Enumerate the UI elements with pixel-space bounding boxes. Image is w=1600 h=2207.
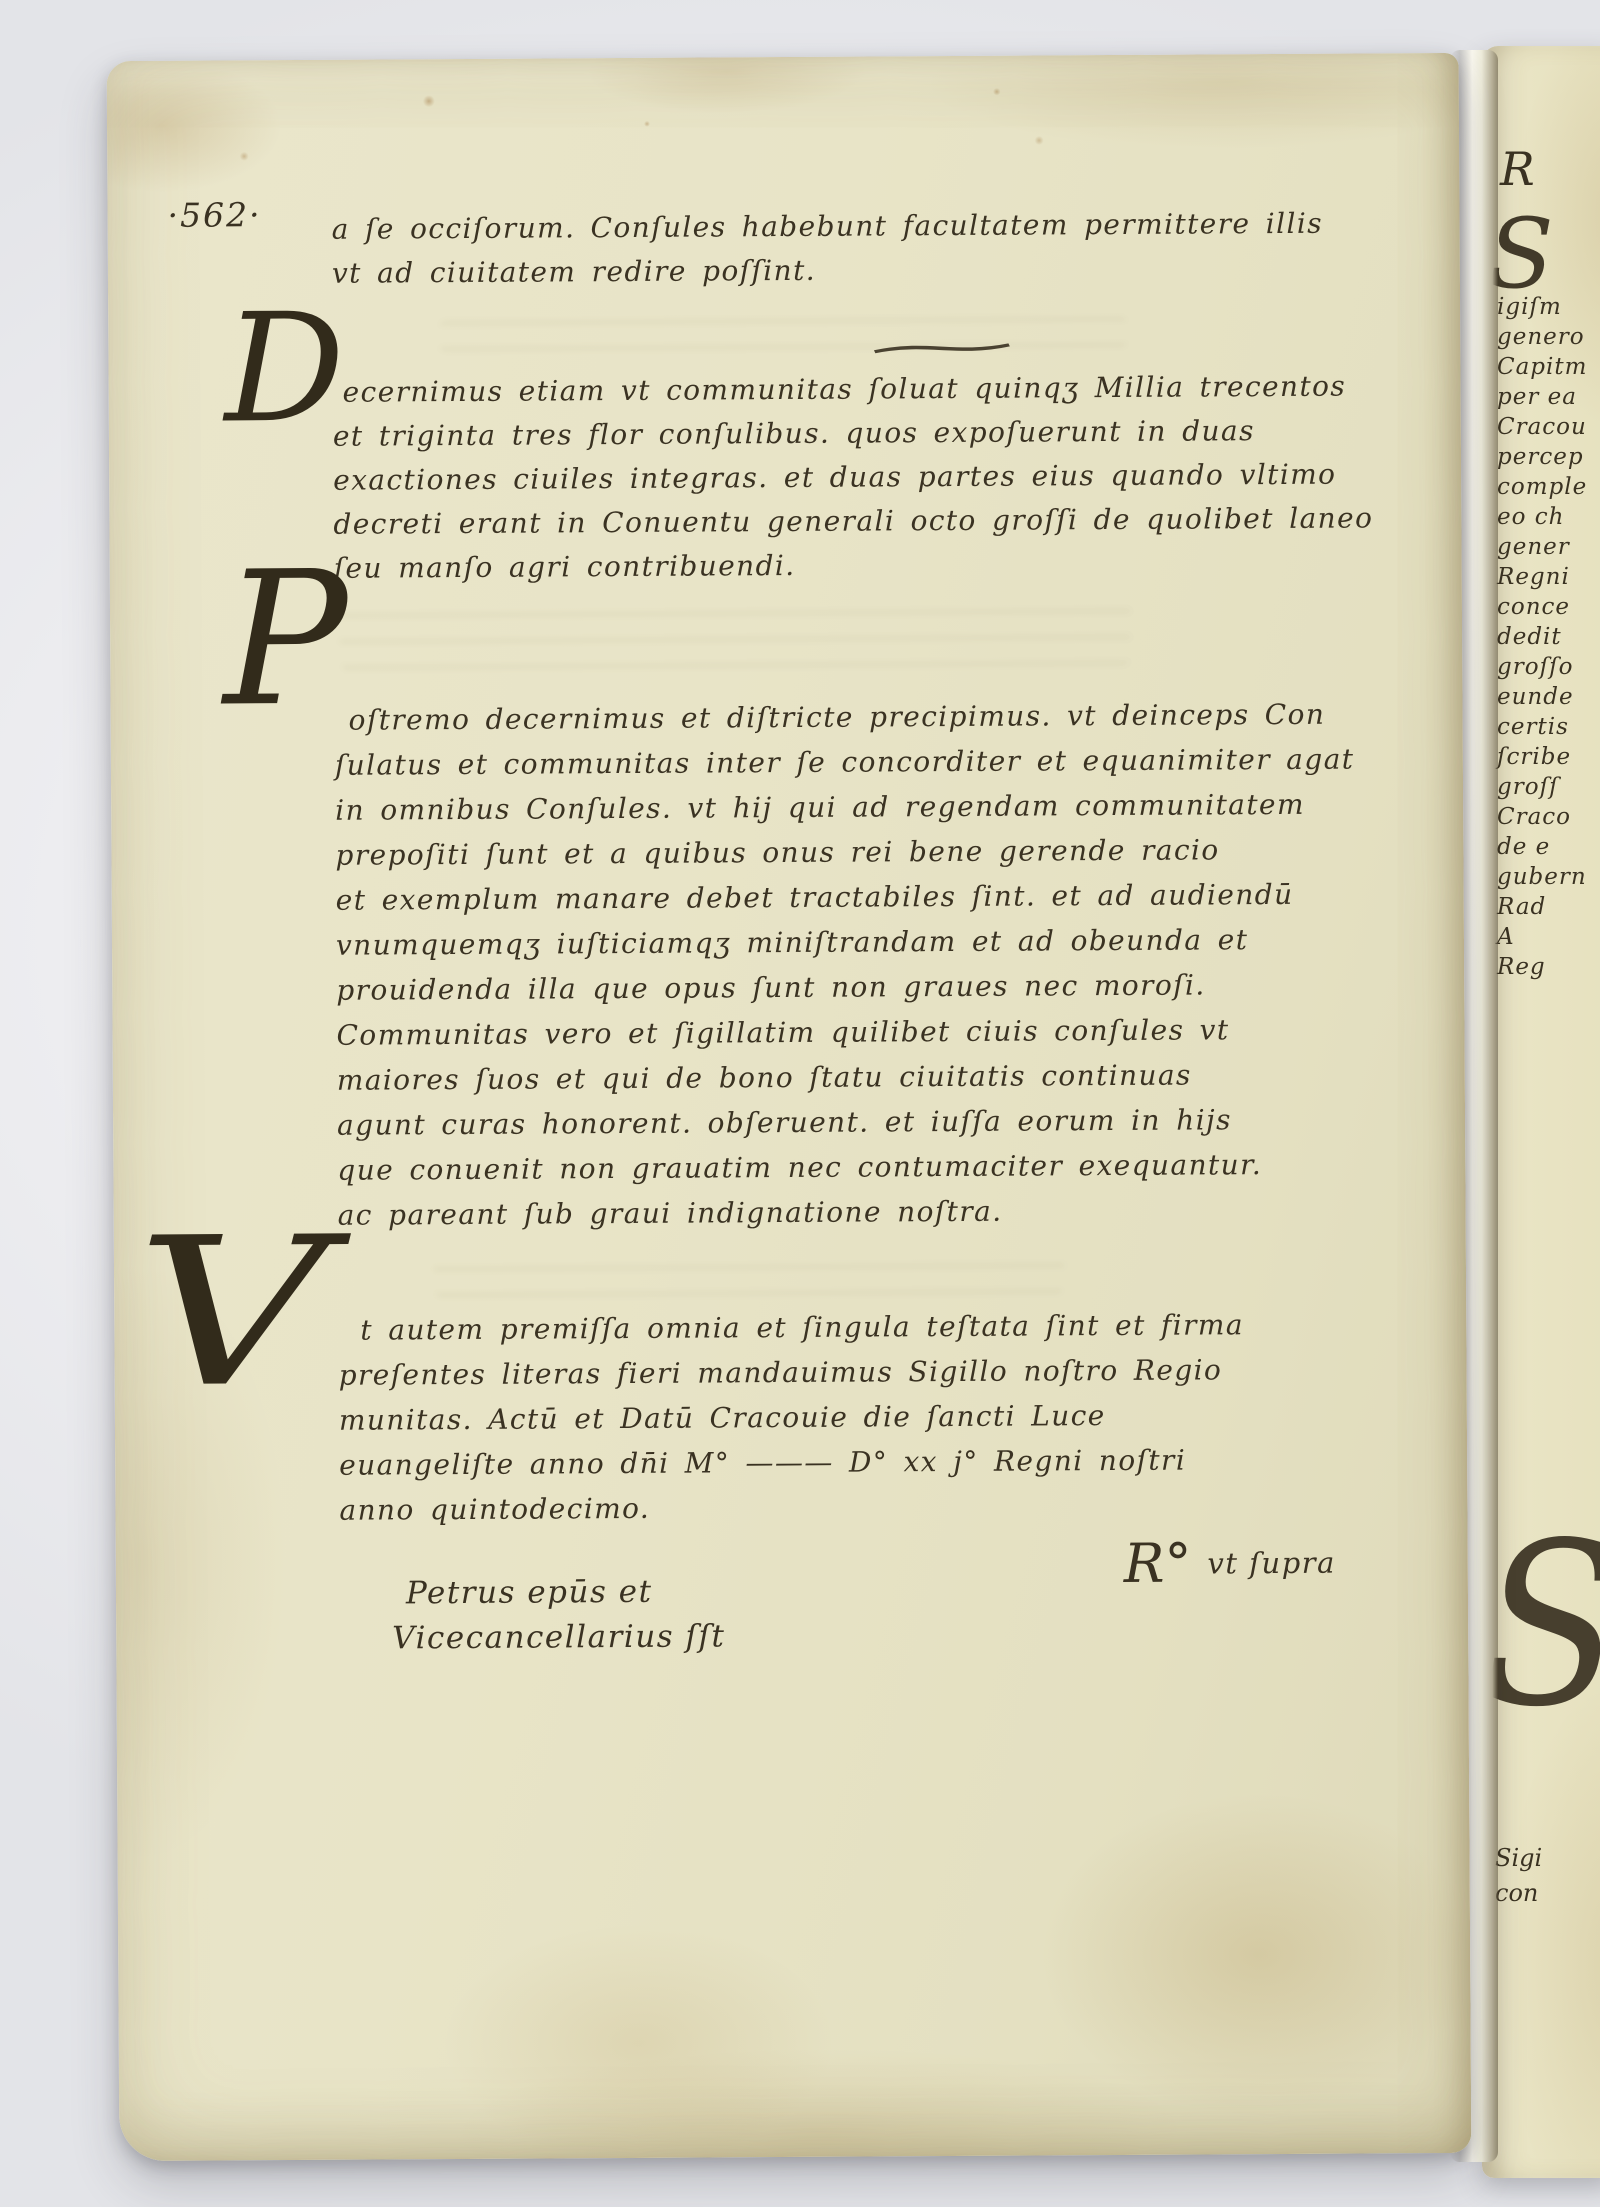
text-line: Reg <box>1497 952 1587 982</box>
text-line: maiores ſuos et qui de bono ſtatu ciuita… <box>337 1052 1357 1103</box>
text-line: et triginta tres flor conſulibus. quos e… <box>333 408 1373 458</box>
text-line: que conuenit non grauatim nec contumacit… <box>337 1142 1357 1193</box>
text-line: eo ch <box>1497 502 1587 532</box>
text-line: Rad <box>1497 892 1587 922</box>
text-line: percep <box>1497 442 1587 472</box>
text-line: exactiones ciuiles integras. et duas par… <box>333 452 1373 502</box>
next-page-edge: R S igiſmgeneroCapitmper eaCracoupercepc… <box>1482 46 1600 2178</box>
text-line: Communitas vero et ſigillatim quilibet c… <box>336 1007 1356 1058</box>
initial-letter-V: V <box>136 1211 330 1417</box>
text-line: Regni <box>1497 562 1587 592</box>
text-line: ſeu manſo agri contribuendi. <box>334 540 1374 590</box>
text-line: in omnibus Conſules. vt hij qui ad regen… <box>335 782 1355 833</box>
text-line: vt ad ciuitatem redire poſſint. <box>332 246 1324 296</box>
initial-letter-D: D <box>224 294 345 445</box>
text-line: Craco <box>1497 802 1587 832</box>
text-line: ac pareant ſub graui indignatione noſtra… <box>338 1187 1358 1238</box>
text-line: preſentes literas fieri mandauimus Sigil… <box>338 1347 1244 1398</box>
next-page-top-mark: R <box>1500 146 1535 192</box>
text-line: con <box>1495 1876 1542 1911</box>
initial-letter-P: P <box>223 547 349 733</box>
text-line: Capitm <box>1497 352 1587 382</box>
manuscript-page: ·562· a ſe occiſorum. Conſules habebunt … <box>107 53 1472 2161</box>
text-line: Cracou <box>1497 412 1587 442</box>
text-line: ſcribe <box>1497 742 1587 772</box>
paragraph-postremo: oſtremo decernimus et diſtricte precipim… <box>334 692 1357 1238</box>
text-line: Sigi <box>1495 1841 1542 1876</box>
text-line: prepoſiti ſunt et a quibus onus rei bene… <box>335 827 1355 878</box>
text-line: groſſ <box>1497 772 1587 802</box>
text-line: et exemplum manare debet tractabiles ſin… <box>336 872 1356 923</box>
text-line: decreti erant in Conuentu generali octo … <box>333 496 1373 546</box>
paragraph-ut-autem: t autem premiſſa omnia et ſingula teſtat… <box>338 1302 1245 1533</box>
manuscript-photo: R S igiſmgeneroCapitmper eaCracoupercepc… <box>0 0 1600 2207</box>
text-line: vnumquemqʒ iuſticiamqʒ miniſtrandam et a… <box>336 917 1356 968</box>
text-line: ecernimus etiam vt communitas ſoluat qui… <box>332 364 1372 414</box>
text-line: oſtremo decernimus et diſtricte precipim… <box>334 692 1354 743</box>
text-line: per ea <box>1497 382 1587 412</box>
paragraph-decernimus: ecernimus etiam vt communitas ſoluat qui… <box>332 364 1373 590</box>
text-line: t autem premiſſa omnia et ſingula teſtat… <box>338 1302 1244 1353</box>
text-line: certis <box>1497 712 1587 742</box>
annotation-paraph: R° <box>1124 1537 1192 1591</box>
paragraph-opening: a ſe occiſorum. Conſules habebunt facult… <box>331 202 1323 296</box>
text-line: Petrus epūs et <box>406 1569 725 1616</box>
text-line: comple <box>1497 472 1587 502</box>
next-page-text-fragments: igiſmgeneroCapitmper eaCracoupercepcompl… <box>1497 292 1587 982</box>
text-line: A <box>1497 922 1587 952</box>
text-line: munitas. Actū et Datū Cracouie die ſanct… <box>339 1392 1245 1443</box>
text-line: ſulatus et communitas inter ſe concordit… <box>335 737 1355 788</box>
annotation-text: vt ſupra <box>1207 1549 1336 1591</box>
text-line: agunt curas honorent. obſeruent. et iuſſ… <box>337 1097 1357 1148</box>
text-line: euangeliſte anno dn̄i M° ——— D° xx j° Re… <box>339 1437 1245 1488</box>
next-page-bottom-fragments: Sigicon <box>1495 1841 1542 1911</box>
text-line: conce <box>1497 592 1587 622</box>
folio-number: ·562· <box>167 198 261 232</box>
text-line: a ſe occiſorum. Conſules habebunt facult… <box>331 202 1323 252</box>
text-line: eunde <box>1497 682 1587 712</box>
text-line: igiſm <box>1497 292 1587 322</box>
ink-showthrough <box>340 593 1130 670</box>
swash-flourish: ∼ <box>841 325 1043 371</box>
signature-block: Petrus epūs etVicecancellarius ſſt <box>406 1569 726 1661</box>
text-line: dedit <box>1497 622 1587 652</box>
ut-supra-annotation: R° vt ſupra <box>1124 1536 1336 1591</box>
text-line: anno quintodecimo. <box>339 1482 1245 1533</box>
next-page-bottom-flourish: S <box>1482 1514 1600 1739</box>
ink-showthrough <box>434 1247 1064 1297</box>
text-line: gubern <box>1497 862 1587 892</box>
text-line: groſſo <box>1497 652 1587 682</box>
text-line: Vicecancellarius ſſt <box>392 1614 725 1661</box>
text-line: de e <box>1497 832 1587 862</box>
text-line: gener <box>1497 532 1587 562</box>
text-line: genero <box>1497 322 1587 352</box>
text-line: prouidenda illa que opus ſunt non graues… <box>336 962 1356 1013</box>
